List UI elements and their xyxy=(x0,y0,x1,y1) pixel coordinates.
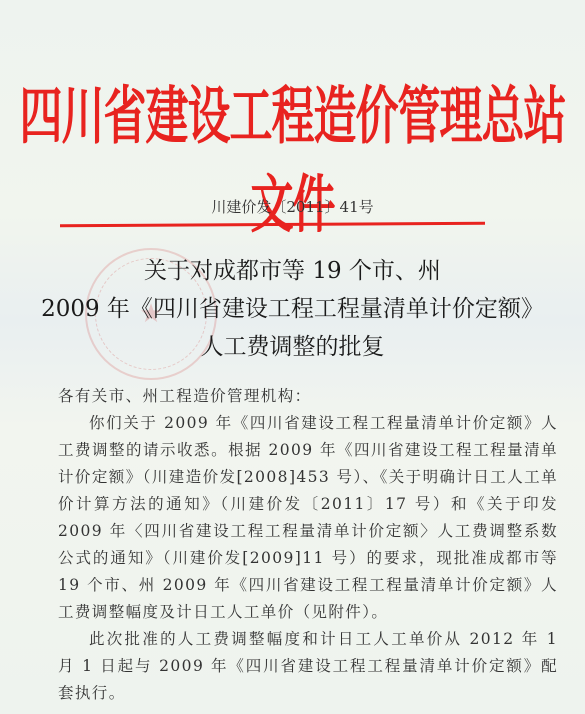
document-body: 各有关市、州工程造价管理机构： 你们关于 2009 年《四川省建设工程工程量清单… xyxy=(58,383,558,707)
salutation: 各有关市、州工程造价管理机构： xyxy=(58,383,558,410)
scanned-document-page: 四川省建设工程造价管理总站文件 川建价发〔2011〕41号 ★ 关于对成都市等 … xyxy=(0,0,585,714)
body-paragraph-1: 你们关于 2009 年《四川省建设工程工程量清单计价定额》人工费调整的请示收悉。… xyxy=(58,410,558,626)
document-title: 关于对成都市等 19 个市、州 2009 年《四川省建设工程工程量清单计价定额》… xyxy=(0,252,585,366)
document-masthead: 四川省建设工程造价管理总站文件 xyxy=(0,68,585,245)
body-paragraph-2: 此次批准的人工费调整幅度和计日工人工单价从 2012 年 1 月 1 日起与 2… xyxy=(58,626,558,707)
title-line-3: 人工费调整的批复 xyxy=(0,328,585,366)
document-number: 川建价发〔2011〕41号 xyxy=(0,196,585,217)
title-line-1: 关于对成都市等 19 个市、州 xyxy=(0,252,585,290)
title-line-2: 2009 年《四川省建设工程工程量清单计价定额》 xyxy=(0,290,585,328)
